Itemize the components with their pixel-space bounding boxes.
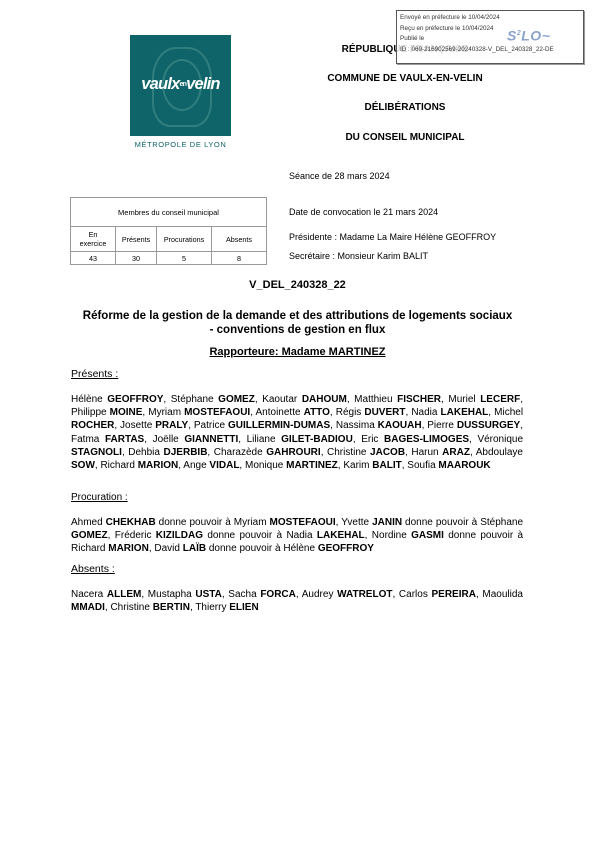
- member-name: Nassima KAOUAH: [336, 420, 422, 431]
- logo-subtitle: MÉTROPOLE DE LYON: [130, 140, 231, 149]
- member-name: Sacha FORCA: [228, 589, 296, 600]
- member-name: Myriam MOSTEFAOUI: [234, 517, 336, 528]
- member-name: David LAÏB: [154, 543, 206, 554]
- member-name: Stéphane GOMEZ: [171, 394, 255, 405]
- city-logo: vaulxenvelin: [130, 35, 231, 136]
- commune-title: COMMUNE DE VAULX-EN-VELIN: [290, 73, 520, 84]
- member-name: Karim BALIT: [343, 460, 401, 471]
- col-presents: Présents: [116, 227, 157, 252]
- stamp-received: Reçu en préfecture le 10/04/2024: [400, 24, 583, 35]
- member-name: Antoinette ATTO: [256, 407, 330, 418]
- secretary: Secrétaire : Monsieur Karim BALIT: [289, 251, 428, 261]
- absents-list: Nacera ALLEM, Mustapha USTA, Sacha FORCA…: [71, 588, 523, 614]
- member-name: Fatma FARTAS: [71, 434, 144, 445]
- member-name: Monique MARTINEZ: [245, 460, 338, 471]
- prefecture-stamp: Envoyé en préfecture le 10/04/2024 Reçu …: [396, 10, 584, 64]
- val-en-exercice: 43: [71, 252, 116, 265]
- member-name: Fréderic KIZILDAG: [115, 530, 203, 541]
- member-name: Ahmed CHEKHAB: [71, 517, 156, 528]
- deliberation-reference: V_DEL_240328_22: [0, 279, 595, 291]
- member-name: Philippe MOINE: [71, 407, 142, 418]
- stamp-sent: Envoyé en préfecture le 10/04/2024: [400, 13, 583, 24]
- member-name: Hélène GEOFFROY: [283, 543, 374, 554]
- val-absents: 8: [212, 252, 267, 265]
- member-name: Pierre DUSSURGEY: [427, 420, 520, 431]
- procuration-item: Fréderic KIZILDAG donne pouvoir à Nadia …: [115, 530, 365, 541]
- member-name: Liliane GILET-BADIOU: [247, 434, 353, 445]
- president: Présidente : Madame La Maire Hélène GEOF…: [289, 232, 496, 242]
- member-name: Thierry ELIEN: [195, 602, 258, 613]
- member-name: Régis DUVERT: [336, 407, 406, 418]
- swoosh-icon: ~: [542, 28, 551, 44]
- absents-label: Absents :: [71, 563, 115, 575]
- member-name: Ange VIDAL: [183, 460, 239, 471]
- member-name: Nadia LAKEHAL: [411, 407, 488, 418]
- member-name: Muriel LECERF: [448, 394, 520, 405]
- stamp-id: ID : 069-216902569-20240328-V_DEL_240328…: [400, 45, 583, 56]
- col-en-exercice: Enexercice: [71, 227, 116, 252]
- procuration-label: Procuration :: [71, 492, 128, 503]
- member-name: Yvette JANIN: [341, 517, 402, 528]
- member-name: Myriam MOSTEFAOUI: [148, 407, 250, 418]
- member-name: Mustapha USTA: [148, 589, 222, 600]
- member-name: Josette PRALY: [120, 420, 188, 431]
- presents-list: Hélène GEOFFROY, Stéphane GOMEZ, Kaoutar…: [71, 393, 523, 472]
- member-name: Matthieu FISCHER: [354, 394, 441, 405]
- procuration-item: Ahmed CHEKHAB donne pouvoir à Myriam MOS…: [71, 517, 336, 528]
- member-name: Nacera ALLEM: [71, 589, 141, 600]
- member-name: Dehbia DJERBIB: [128, 447, 207, 458]
- member-name: Richard MARION: [100, 460, 178, 471]
- val-presents: 30: [116, 252, 157, 265]
- members-table-title: Membres du conseil municipal: [71, 198, 267, 227]
- member-name: Eric BAGES-LIMOGES: [361, 434, 469, 445]
- procuration-list: Ahmed CHEKHAB donne pouvoir à Myriam MOS…: [71, 516, 523, 556]
- deliberations-title: DÉLIBÉRATIONS: [290, 102, 520, 113]
- stamp-published: Publié le: [400, 34, 583, 45]
- procuration-item: David LAÏB donne pouvoir à Hélène GEOFFR…: [154, 543, 374, 554]
- member-name: Audrey WATRELOT: [302, 589, 393, 600]
- col-absents: Absents: [212, 227, 267, 252]
- member-name: Joëlle GIANNETTI: [153, 434, 239, 445]
- member-name: Hélène GEOFFROY: [71, 394, 163, 405]
- presents-label: Présents :: [71, 368, 118, 380]
- val-procurations: 5: [157, 252, 212, 265]
- member-name: Christine BERTIN: [110, 602, 189, 613]
- member-name: Nadia LAKEHAL: [286, 530, 364, 541]
- member-name: Christine JACOB: [327, 447, 405, 458]
- col-procurations: Procurations: [157, 227, 212, 252]
- subject-line-1: Réforme de la gestion de la demande et d…: [60, 309, 535, 323]
- member-name: Patrice GUILLERMIN-DUMAS: [194, 420, 330, 431]
- session-date: Séance de 28 mars 2024: [289, 171, 390, 181]
- s2low-logo: S2LO~: [507, 29, 550, 41]
- member-name: Kaoutar DAHOUM: [262, 394, 347, 405]
- member-name: Soufia MAAROUK: [407, 460, 490, 471]
- council-title: DU CONSEIL MUNICIPAL: [290, 132, 520, 143]
- logo-wordmark: vaulxenvelin: [130, 75, 231, 94]
- member-name: Harun ARAZ: [411, 447, 470, 458]
- deliberation-subject: Réforme de la gestion de la demande et d…: [60, 309, 535, 337]
- subject-line-2: - conventions de gestion en flux: [60, 323, 535, 337]
- convocation-date: Date de convocation le 21 mars 2024: [289, 207, 438, 217]
- member-name: Nordine GASMI: [372, 530, 444, 541]
- member-name: Carlos PEREIRA: [399, 589, 476, 600]
- members-table: Membres du conseil municipal Enexercice …: [70, 197, 267, 265]
- member-name: Richard MARION: [71, 543, 149, 554]
- member-name: Charazède GAHROURI: [214, 447, 321, 458]
- rapporteur: Rapporteure: Madame MARTINEZ: [0, 346, 595, 358]
